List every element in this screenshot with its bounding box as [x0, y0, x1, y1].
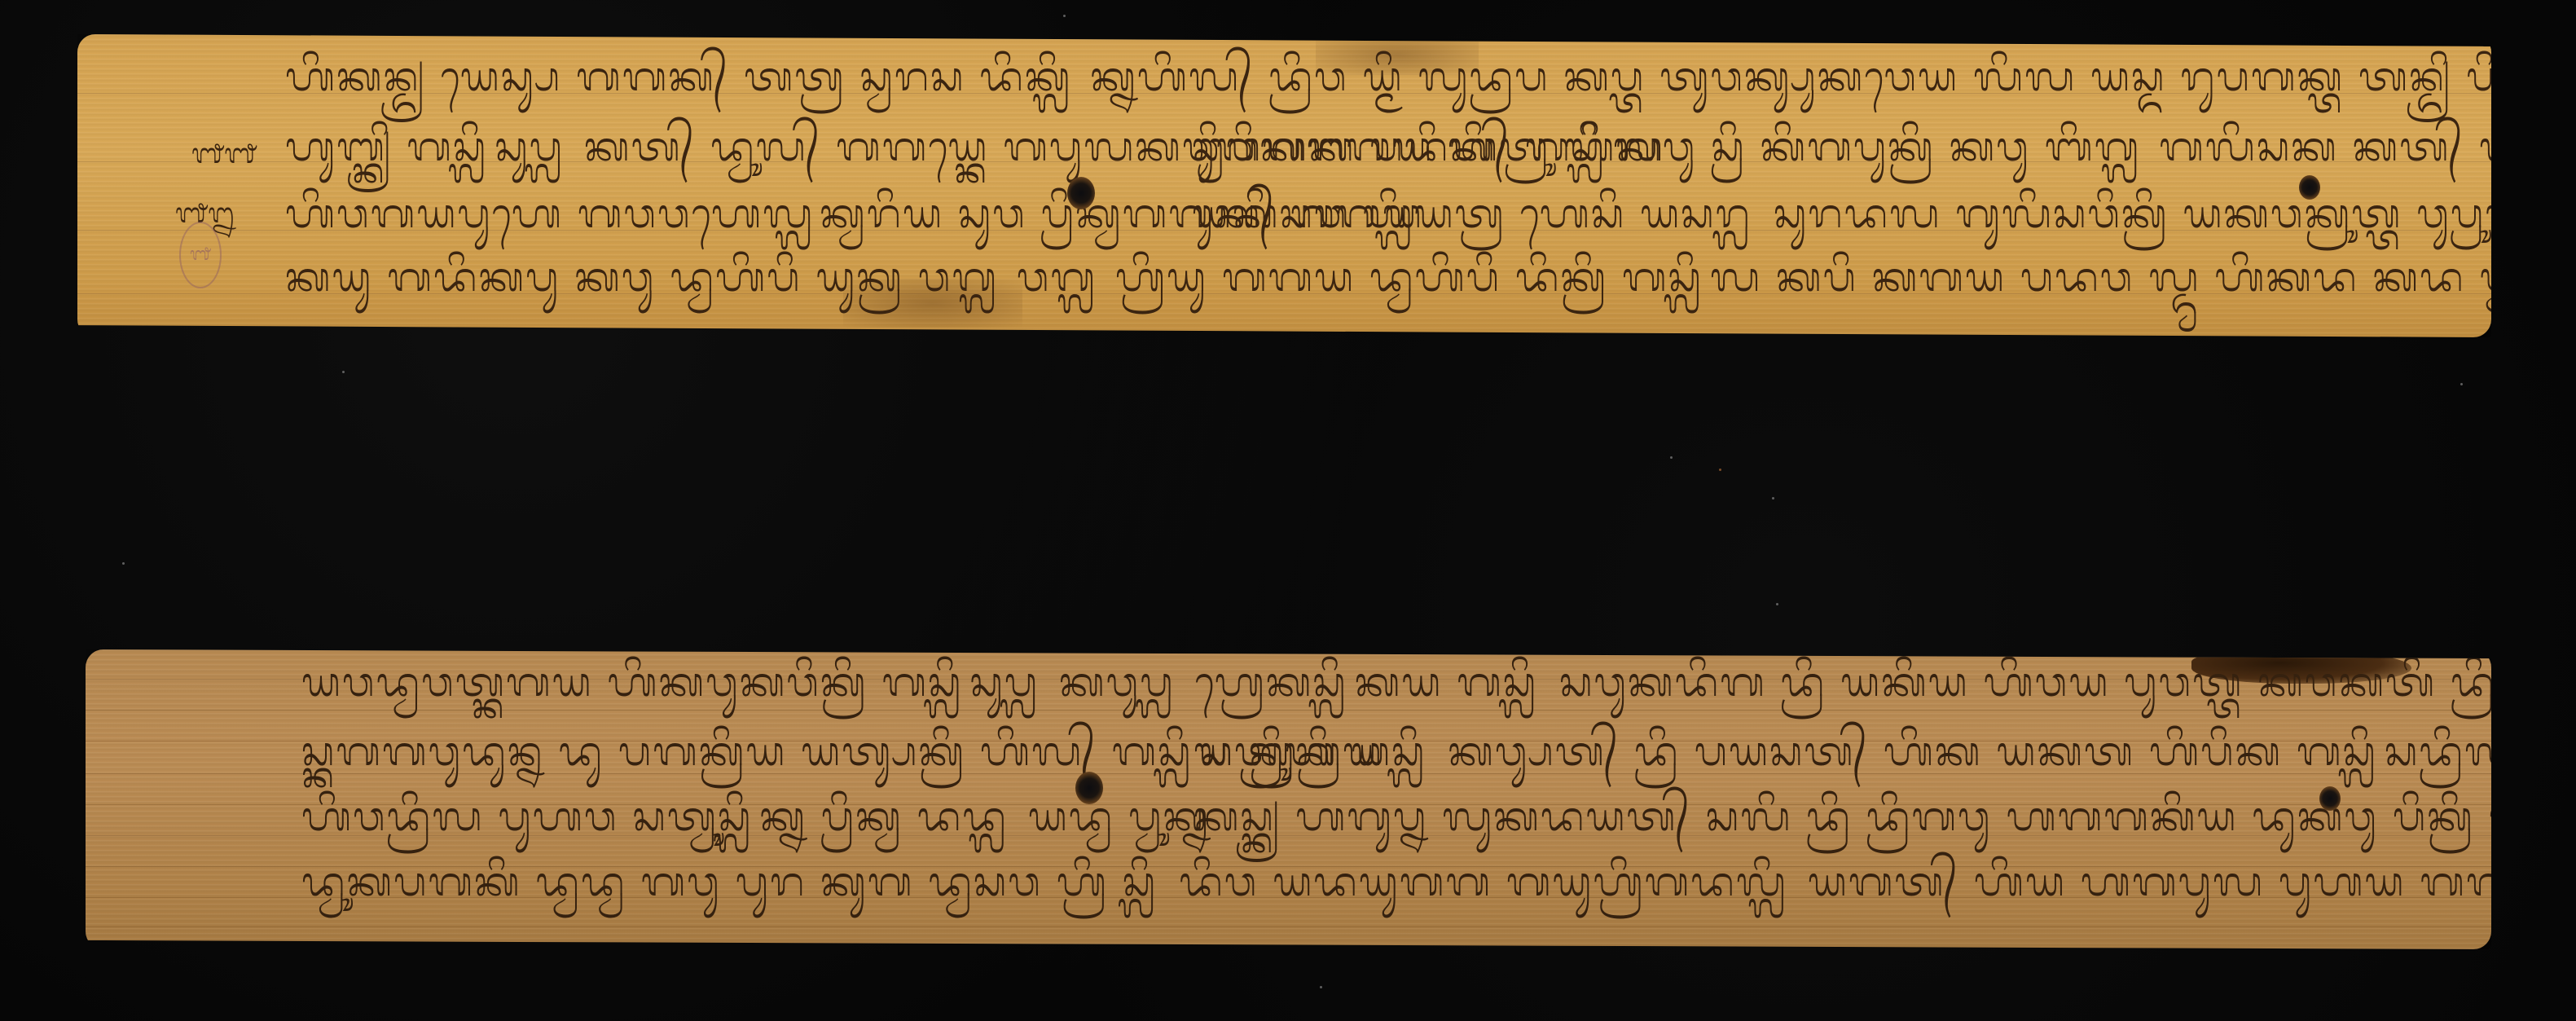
binding-hole-right: [2319, 786, 2341, 811]
dust-speck: [1063, 15, 1066, 17]
text-line-3-right: ᬓᬲ᭄ᬓ᭄ᬭ ᬳᬕᬸᬧ᭄ᬦ ᬮᬸᬓᬤᬬᬢ᭄ ᬲᬮᬶ ᬤ᭄ᬭᬶ ᬤ᭄ᬭᬶᬕᬯᬸ ᬳ…: [1193, 792, 2491, 841]
dust-speck: [122, 562, 125, 565]
binding-hole-center: [1075, 772, 1103, 804]
text-line-4: ᬓᬬᬸ ᬕᬤᬶᬓᬧᬸ ᬓᬯᬸ ᬤ᭄ᬯᬳᬶᬧᬶ ᬬᬸᬓ᭄ᬭ ᬯᬕ᭄ᬮ ᬯᬕ᭄ᬮ ᬳ…: [285, 253, 2491, 301]
dust-speck: [1772, 497, 1774, 499]
dust-speck: [342, 371, 345, 373]
text-line-1: ᬳᬶᬓᬦ᭄ᬤ᭄ᬭ ᬬᬾᬲ᭄ᬲ ᬕᬕᬓ᭄ ᬢᬢ᭄ᬭ ᬲ᭄ᬯᬭᬲ ᬤᬶᬓ᭄ᬮᬶ ᬓ᭄…: [285, 52, 2491, 101]
text-line-2-right: ᬬᬢ᭄ᬭᬸᬳ ᬬᬲ᭄ᬮᬶ ᬓᬯ᭄ᬲᬢ᭄ ᬤ᭄ᬭᬶ ᬧᬬᬲᬢ᭄ ᬳᬶᬓ ᬬᬓᬢ ᬳ…: [1193, 727, 2491, 776]
dust-speck: [1670, 456, 1673, 459]
text-line-1: ᬬᬯᬤ᭄ᬯᬯᬢ᭄ᬓᬕᬬ ᬳᬶᬓᬯᬸᬓᬯᬶᬓ᭄ᬭᬶ ᬕᬲ᭄ᬮᬶᬲᬸᬧ᭄ᬮ ᬓᬯᬸᬧ…: [301, 658, 2491, 706]
text-line-2-right: ᬘ᭄ᬭᬶᬯᬶᬓᬗᬕᬬ ᬳᬶᬢ᭄ᬭᬸ ᬳᬶᬓᬯᬸ ᬲ᭄ᬭᬶ ᬓᬶᬕᬧᬸᬓ᭄ᬭᬶ ᬓ…: [1192, 122, 2491, 171]
text-line-4: ᬤ᭄ᬯᬸᬓᬧᬕᬓᬶ ᬤ᭄ᬯᬤ᭄ᬯ ᬕᬯᬸ ᬧᬸᬭ ᬓᬸᬕ ᬤ᭄ᬯᬲᬯ ᬳ᭄ᬭᬶ …: [301, 857, 2491, 906]
pencil-folio-mark: ᭑: [179, 222, 222, 288]
dust-speck: [2460, 383, 2463, 385]
dust-speck: [1719, 469, 1721, 471]
ruled-line: [86, 710, 2491, 711]
dust-speck: [1320, 986, 1322, 988]
dust-speck: [1776, 603, 1778, 605]
leaf-number-1: ᭑᭑: [191, 134, 257, 183]
binding-hole-right: [2299, 175, 2320, 200]
ruled-line: [86, 926, 2491, 927]
palm-leaf-top: ᭑᭑ ᭑᭒ ᭑ ᬳᬶᬓᬦ᭄ᬤ᭄ᬭ ᬬᬾᬲ᭄ᬲ ᬕᬕᬓ᭄ ᬢᬢ᭄ᬭ ᬲ᭄ᬯᬭᬲ ᬤ…: [77, 34, 2491, 337]
text-line-3-left: ᬳᬶᬯᬤ᭄ᬭᬶᬮ ᬧᬸᬳᬯ ᬲᬢ᭄ᬯᬸᬲ᭄ᬮᬶᬓ᭄ᬦ ᬧ᭄ᬭᬶᬓ᭄ᬯ ᬤᬤ᭄ᬮ …: [301, 792, 1210, 841]
binding-hole-center: [1067, 177, 1095, 209]
text-line-3-right: ᬬᬓᬶᬲᬯ ᬳ᭄ᬮᬶᬬᬢ᭄ᬭ ᬳᬾᬲᬶ ᬬᬲᬭ᭄ᬮ ᬲᬸᬭᬤᬮ ᬕᬸᬮᬶᬲᬯᬶᬓ…: [1192, 189, 2491, 238]
palm-leaf-bottom: ᬬᬯᬤ᭄ᬯᬯᬢ᭄ᬓᬕᬬ ᬳᬶᬓᬯᬸᬓᬯᬶᬓ᭄ᬭᬶ ᬕᬲ᭄ᬮᬶᬲᬸᬧ᭄ᬮ ᬓᬯᬸᬧ…: [86, 649, 2491, 949]
